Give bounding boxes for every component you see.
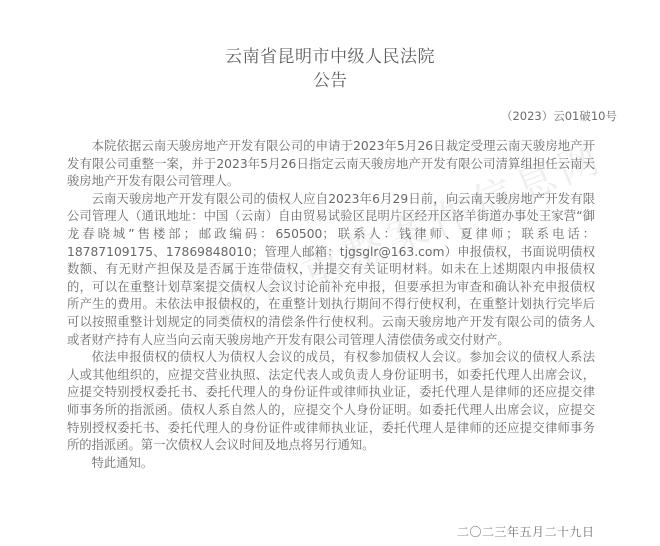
paragraph-claim-filing: 云南天骏房地产开发有限公司的债权人应自2023年6月29日前，向云南天骏房地产开…	[67, 191, 595, 349]
paragraph-acceptance: 本院依据云南天骏房地产开发有限公司的申请于2023年5月26日裁定受理云南天骏房…	[67, 138, 595, 191]
announcement-body: 本院依据云南天骏房地产开发有限公司的申请于2023年5月26日裁定受理云南天骏房…	[67, 138, 595, 472]
closing-remark: 特此通知。	[67, 455, 595, 473]
case-number: （2023）云01破10号	[501, 108, 617, 124]
paragraph-creditors-meeting: 依法申报债权的债权人为债权人会议的成员，有权参加债权人会议。参加会议的债权人系法…	[67, 349, 595, 455]
court-name-title: 云南省昆明市中级人民法院	[0, 42, 660, 67]
announcement-page: 破产重整案件信息网 云南省昆明市中级人民法院 公告 （2023）云01破10号 …	[0, 0, 660, 546]
issue-date: 二〇二三年五月二十九日	[457, 523, 595, 540]
document-type-title: 公告	[0, 66, 660, 91]
